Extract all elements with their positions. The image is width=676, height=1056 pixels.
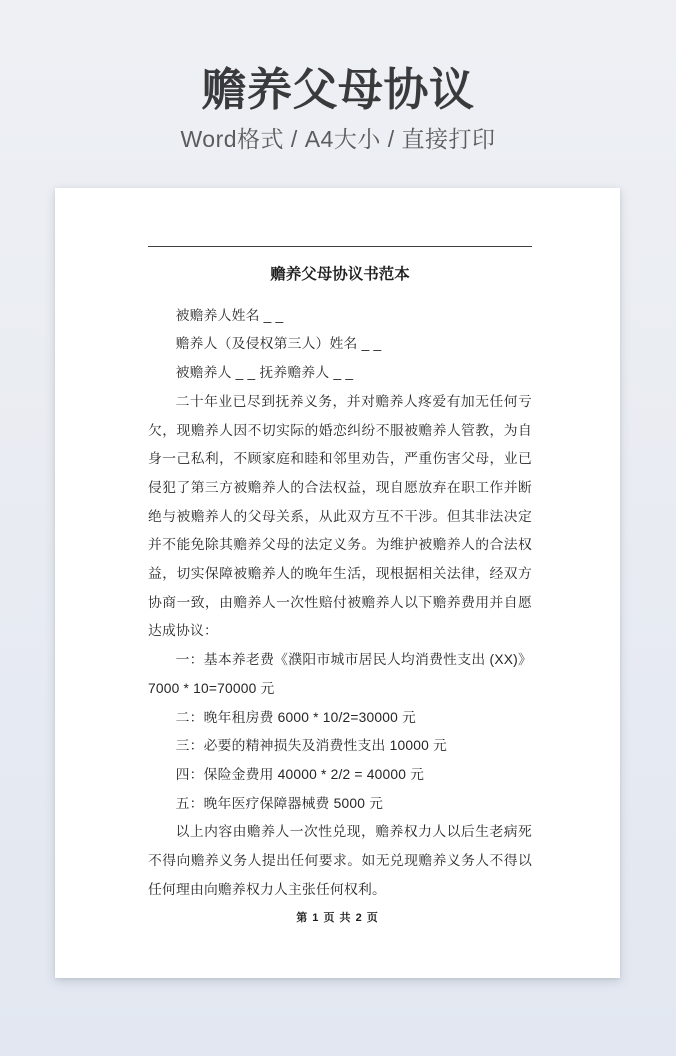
page-title: 赡养父母协议 [0, 0, 676, 118]
page-subtitle: Word格式 / A4大小 / 直接打印 [0, 124, 676, 154]
page-number: 第 1 页 共 2 页 [55, 909, 620, 925]
page-background: 赡养父母协议 Word格式 / A4大小 / 直接打印 赡养父母协议书范本 被赡… [0, 0, 676, 1056]
document-paragraph: 被赡养人姓名 _ _ [148, 302, 532, 331]
header: 赡养父母协议 Word格式 / A4大小 / 直接打印 [0, 0, 676, 154]
document-paragraph: 四：保险金费用 40000 * 2/2 = 40000 元 [148, 761, 532, 790]
document-paragraph: 二：晚年租房费 6000 * 10/2=30000 元 [148, 704, 532, 733]
document-paragraph: 以上内容由赡养人一次性兑现，赡养权力人以后生老病死不得向赡养义务人提出任何要求。… [148, 818, 532, 904]
document-body: 被赡养人姓名 _ _赡养人（及侵权第三人）姓名 _ _被赡养人 _ _ 抚养赡养… [148, 302, 532, 905]
header-rule [148, 246, 532, 247]
document-paragraph: 一：基本养老费《濮阳市城市居民人均消费性支出 (XX)》7000 * 10=70… [148, 646, 532, 703]
document-page: 赡养父母协议书范本 被赡养人姓名 _ _赡养人（及侵权第三人）姓名 _ _被赡养… [55, 188, 620, 978]
document-paragraph: 三：必要的精神损失及消费性支出 10000 元 [148, 732, 532, 761]
document-paragraph: 二十年业已尽到抚养义务，并对赡养人疼爱有加无任何亏欠，现赡养人因不切实际的婚恋纠… [148, 388, 532, 646]
document-paragraph: 赡养人（及侵权第三人）姓名 _ _ [148, 330, 532, 359]
document-paragraph: 五：晚年医疗保障器械费 5000 元 [148, 790, 532, 819]
document-title: 赡养父母协议书范本 [148, 261, 532, 290]
document-paragraph: 被赡养人 _ _ 抚养赡养人 _ _ [148, 359, 532, 388]
document-content: 赡养父母协议书范本 被赡养人姓名 _ _赡养人（及侵权第三人）姓名 _ _被赡养… [55, 246, 620, 904]
